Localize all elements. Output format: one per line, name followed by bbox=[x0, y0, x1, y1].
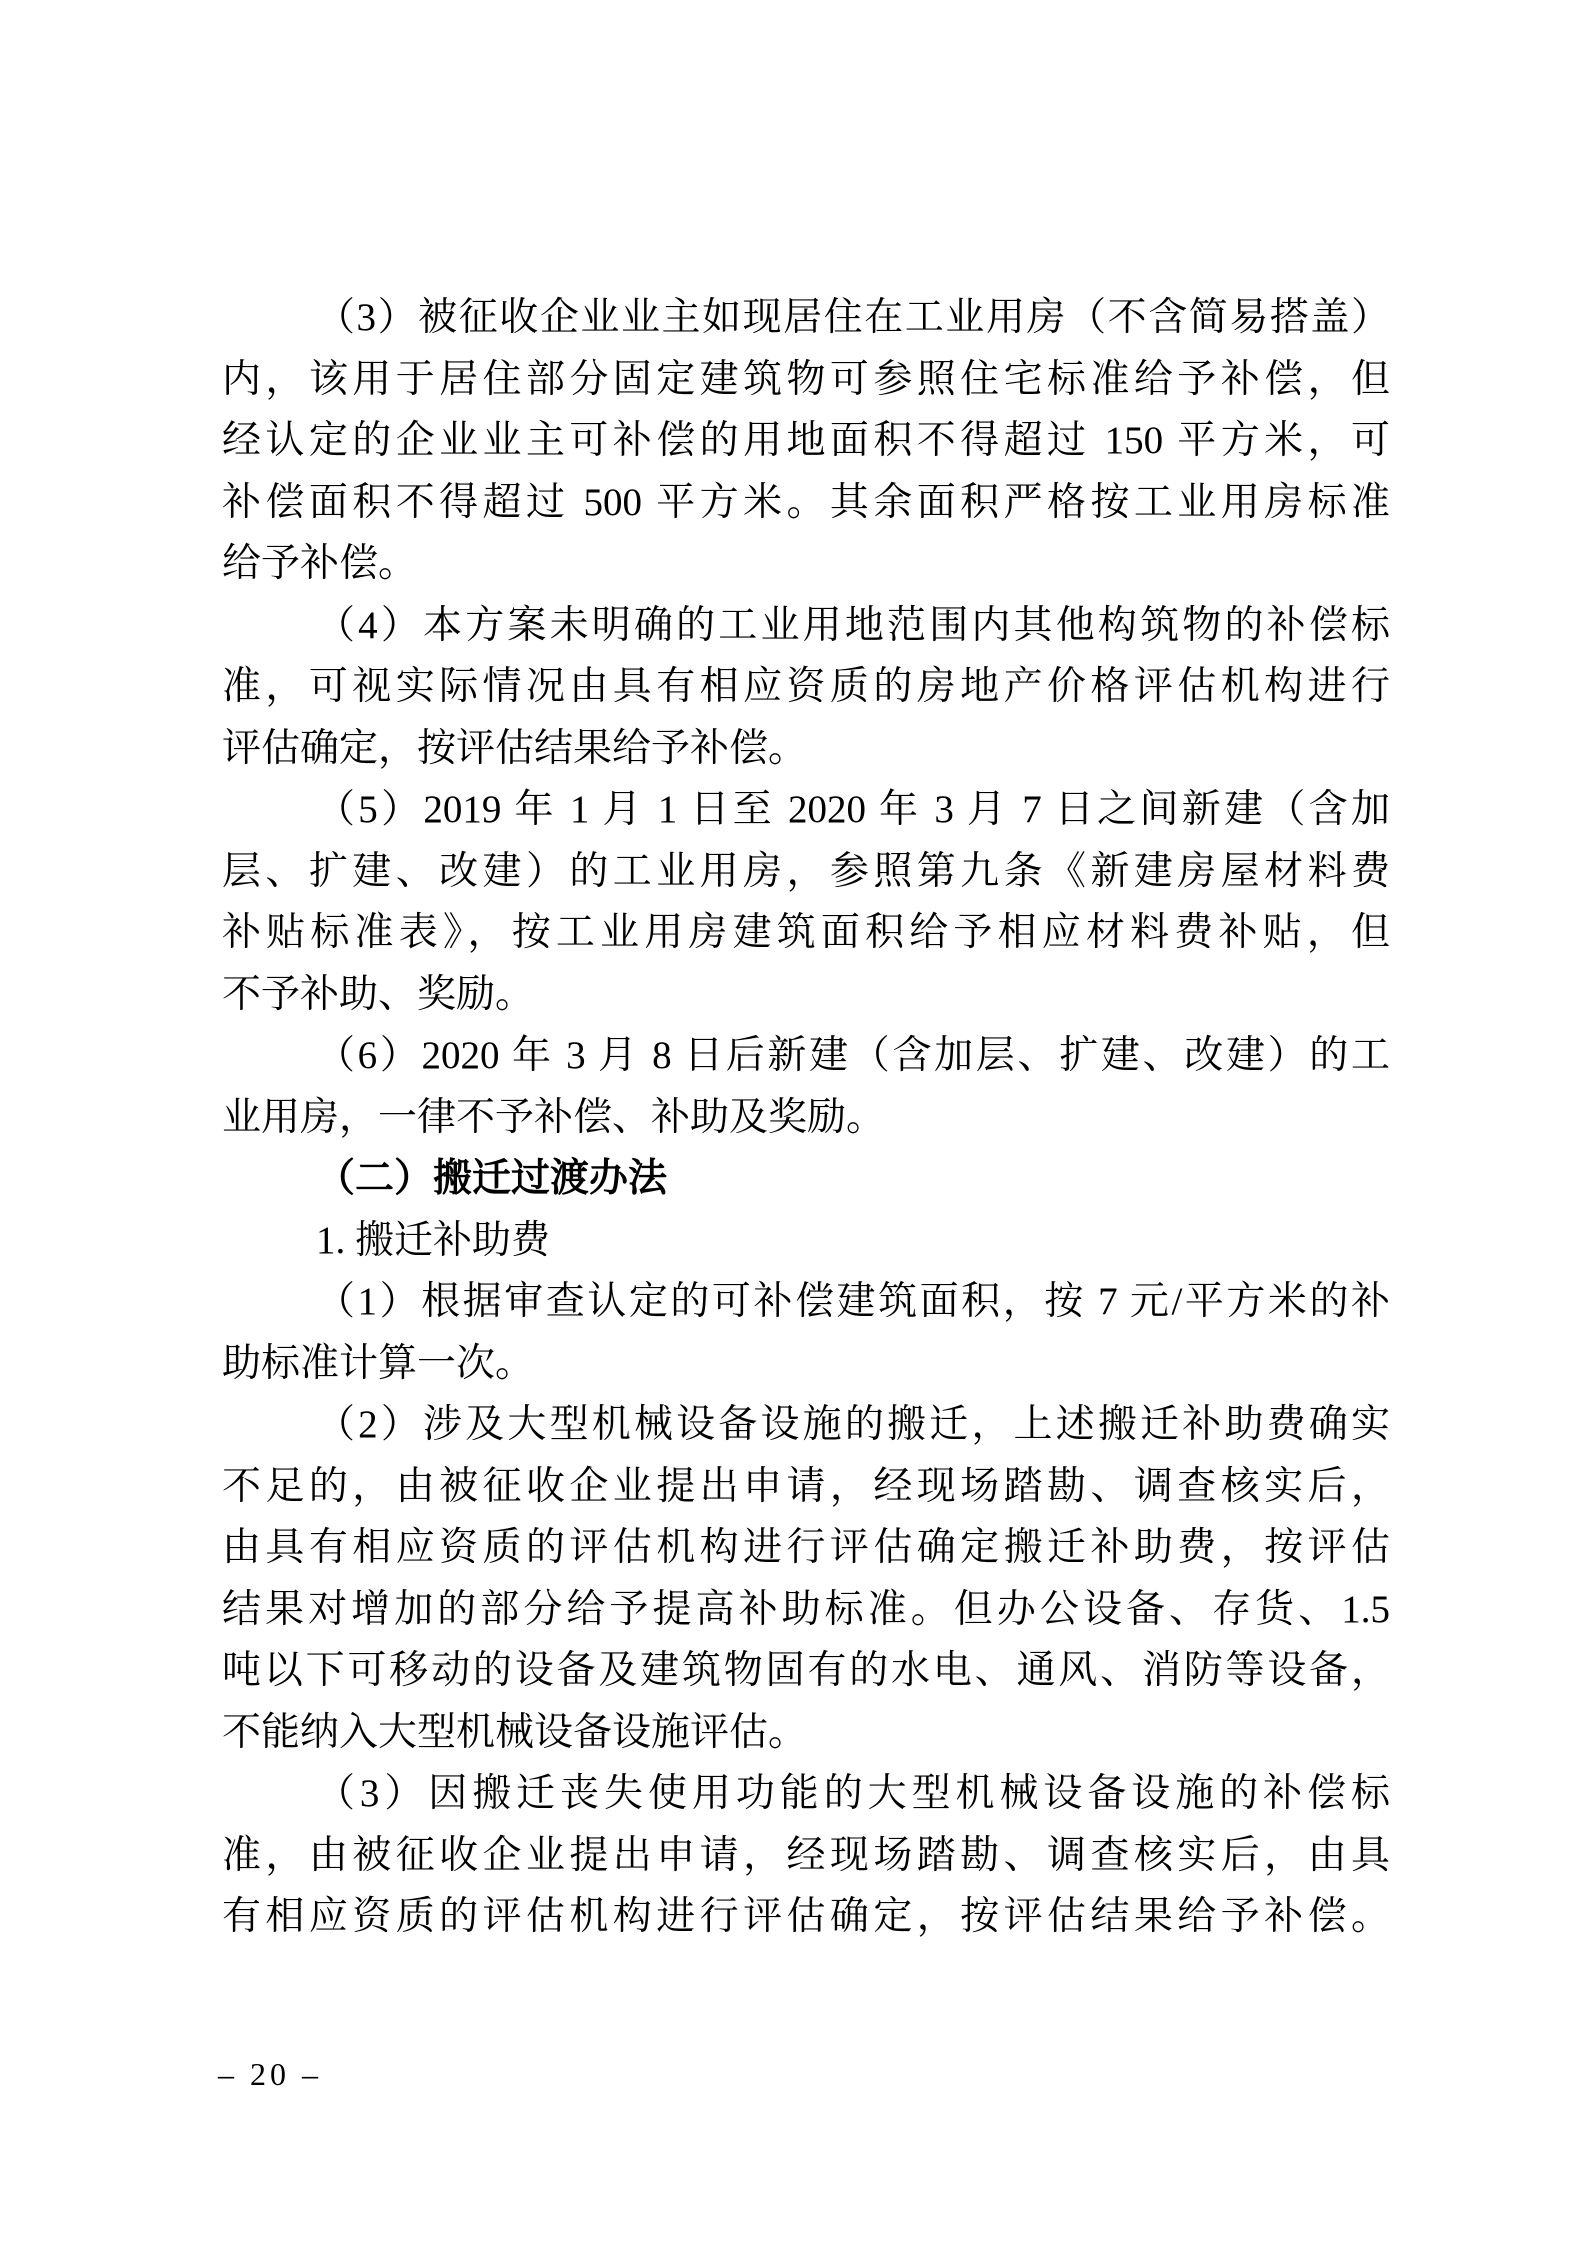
paragraph-item-1-subsidy-rate: （1）根据审查认定的可补偿建筑面积，按 7 元/平方米的补助标准计算一次。 bbox=[222, 1271, 1390, 1394]
paragraph-item-4-other-structures: （4）本方案未明确的工业用地范围内其他构筑物的补偿标准，可视实际情况由具有相应资… bbox=[222, 595, 1390, 780]
text-line: 补偿面积不得超过 500 平方米。其余面积严格按工业用房标准 bbox=[222, 472, 1390, 534]
text-line: （5）2019 年 1 月 1 日至 2020 年 3 月 7 日之间新建（含加 bbox=[222, 779, 1390, 841]
text-line: 给予补偿。 bbox=[222, 533, 1390, 595]
text-line: 不能纳入大型机械设备设施评估。 bbox=[222, 1702, 1390, 1764]
text-line: （1）根据审查认定的可补偿建筑面积，按 7 元/平方米的补 bbox=[222, 1271, 1390, 1333]
text-line: 吨以下可移动的设备及建筑物固有的水电、通风、消防等设备， bbox=[222, 1640, 1390, 1702]
paragraph-item-3-industrial-housing: （3）被征收企业业主如现居住在工业用房（不含简易搭盖）内，该用于居住部分固定建筑… bbox=[222, 287, 1390, 595]
text-line: （6）2020 年 3 月 8 日后新建（含加层、扩建、改建）的工 bbox=[222, 1025, 1390, 1087]
text-line: 内，该用于居住部分固定建筑物可参照住宅标准给予补偿，但 bbox=[222, 349, 1390, 411]
paragraph-item-6-new-build-after-2020: （6）2020 年 3 月 8 日后新建（含加层、扩建、改建）的工业用房，一律不… bbox=[222, 1025, 1390, 1148]
paragraph-item-3-machinery-loss-of-function: （3）因搬迁丧失使用功能的大型机械设备设施的补偿标准，由被征收企业提出申请，经现… bbox=[222, 1763, 1390, 1948]
text-line: 结果对增加的部分给予提高补助标准。但办公设备、存货、1.5 bbox=[222, 1579, 1390, 1641]
text-line: 由具有相应资质的评估机构进行评估确定搬迁补助费，按评估 bbox=[222, 1517, 1390, 1579]
text-line: （4）本方案未明确的工业用地范围内其他构筑物的补偿标 bbox=[222, 595, 1390, 657]
text-line: （二）搬迁过渡办法 bbox=[222, 1148, 1390, 1210]
text-line: 业用房，一律不予补偿、补助及奖励。 bbox=[222, 1087, 1390, 1149]
text-line: （3）被征收企业业主如现居住在工业用房（不含简易搭盖） bbox=[222, 287, 1390, 349]
text-line: 准，由被征收企业提出申请，经现场踏勘、调查核实后，由具 bbox=[222, 1825, 1390, 1887]
text-line: 不予补助、奖励。 bbox=[222, 964, 1390, 1026]
text-line: 层、扩建、改建）的工业用房，参照第九条《新建房屋材料费 bbox=[222, 841, 1390, 903]
text-line: （2）涉及大型机械设备设施的搬迁，上述搬迁补助费确实 bbox=[222, 1394, 1390, 1456]
text-line: 准，可视实际情况由具有相应资质的房地产价格评估机构进行 bbox=[222, 656, 1390, 718]
document-page: （3）被征收企业业主如现居住在工业用房（不含简易搭盖）内，该用于居住部分固定建筑… bbox=[0, 0, 1587, 2245]
text-line: 有相应资质的评估机构进行评估确定，按评估结果给予补偿。 bbox=[222, 1886, 1390, 1948]
paragraph-item-5-new-build-2019-2020: （5）2019 年 1 月 1 日至 2020 年 3 月 7 日之间新建（含加… bbox=[222, 779, 1390, 1025]
text-line: 1. 搬迁补助费 bbox=[222, 1210, 1390, 1272]
paragraph-item-2-large-machinery-relocation: （2）涉及大型机械设备设施的搬迁，上述搬迁补助费确实不足的，由被征收企业提出申请… bbox=[222, 1394, 1390, 1763]
paragraph-section-2-relocation-transition: （二）搬迁过渡办法 bbox=[222, 1148, 1390, 1210]
paragraph-sub-1-relocation-subsidy: 1. 搬迁补助费 bbox=[222, 1210, 1390, 1272]
text-line: （3）因搬迁丧失使用功能的大型机械设备设施的补偿标 bbox=[222, 1763, 1390, 1825]
text-line: 助标准计算一次。 bbox=[222, 1333, 1390, 1395]
text-line: 补贴标准表》，按工业用房建筑面积给予相应材料费补贴，但 bbox=[222, 902, 1390, 964]
page-number: – 20 – bbox=[218, 2056, 322, 2093]
text-line: 经认定的企业业主可补偿的用地面积不得超过 150 平方米，可 bbox=[222, 410, 1390, 472]
text-line: 不足的，由被征收企业提出申请，经现场踏勘、调查核实后， bbox=[222, 1456, 1390, 1518]
text-line: 评估确定，按评估结果给予补偿。 bbox=[222, 718, 1390, 780]
document-body: （3）被征收企业业主如现居住在工业用房（不含简易搭盖）内，该用于居住部分固定建筑… bbox=[222, 287, 1390, 1948]
